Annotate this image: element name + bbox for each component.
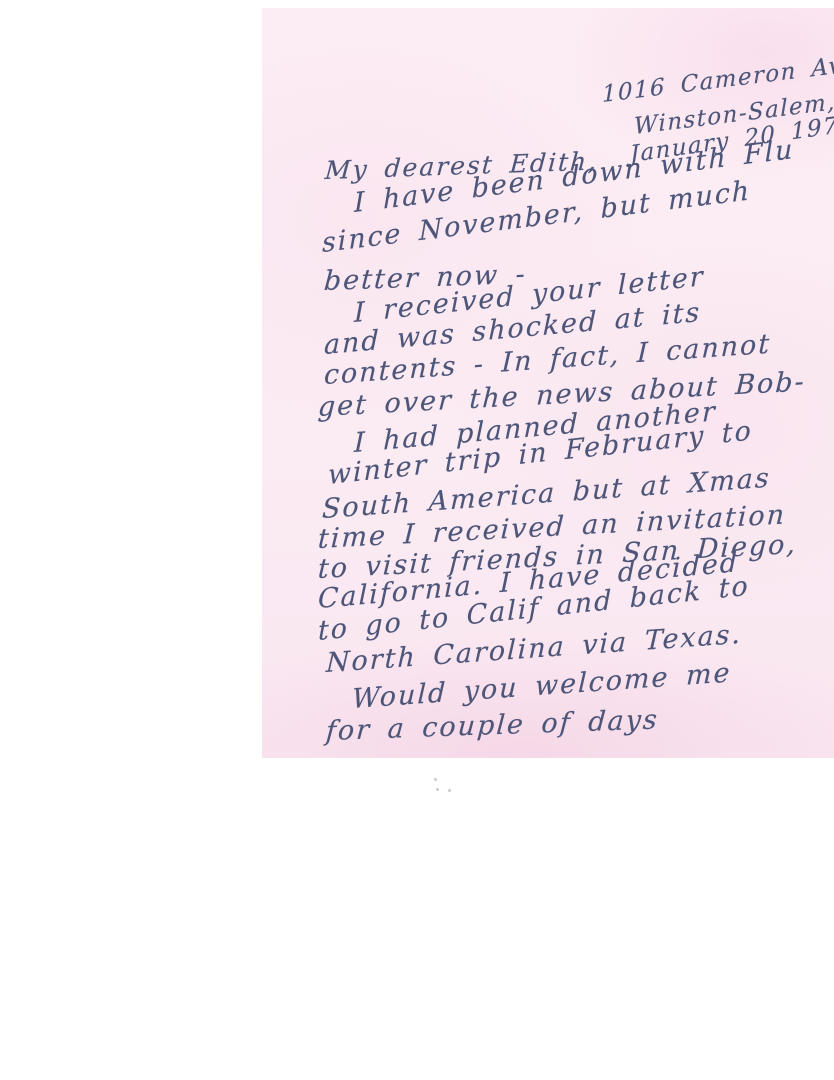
scan-speck [434,778,437,781]
scan-speck [436,788,439,791]
scanned-letter-page: 1016 Cameron Av. Winston-Salem, January … [0,0,834,1080]
scan-speck [448,789,451,792]
letter-paper: 1016 Cameron Av. Winston-Salem, January … [262,8,834,758]
